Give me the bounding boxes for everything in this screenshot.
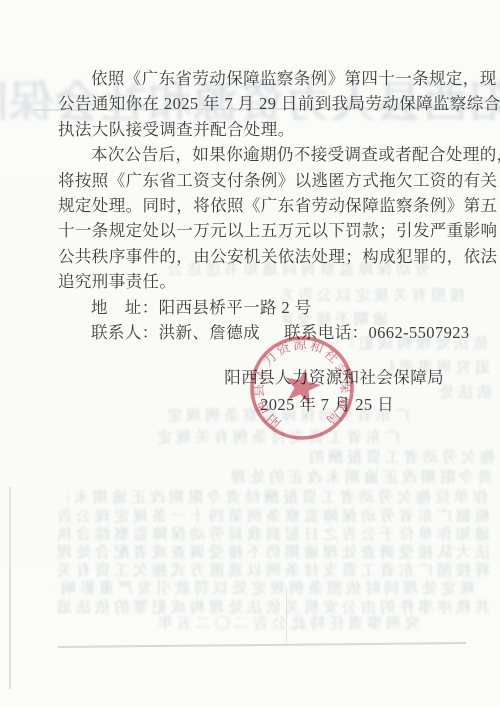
address-line: 地 址：阳西县桥平一路 2 号 <box>58 295 450 320</box>
scan-artifact-line <box>286 588 287 642</box>
body-line: 依照《广东省劳动保障监察条例》第四十一条规定，现 <box>58 66 450 91</box>
bleedthrough-row: 规定处理同时依照条例规定处以罚款引发严重影响公 <box>55 577 475 595</box>
body-line: 执法大队接受调查并配合处理。 <box>58 117 450 142</box>
bleedthrough-row: 拖欠劳动者工资报酬的 <box>250 446 495 464</box>
bleedthrough-row: 通知你单位于公告之日起到我局劳动保障监察综合执 <box>55 523 490 541</box>
body-line: 十一条规定处以一万元以上五万元以下罚款；引发严重影响 <box>58 218 450 243</box>
bleedthrough-row: 法大队接受调查处理逾期仍不接受调查或者配合处理 <box>55 541 490 559</box>
bleedthrough-row: 将按照广东省工资支付条例以逃匿方式拖欠工资有关 <box>58 559 490 577</box>
body-line: 规定处理。同时，将依照《广东省劳动保障监察条例》第五 <box>58 193 450 218</box>
bleedthrough-row: 根据广东省劳动保障监察条例第四十一条规定现公告 <box>55 505 490 523</box>
bleedthrough-rule-bottom <box>58 642 466 648</box>
bleedthrough-row: 究刑事责任特此公告二〇二五年 <box>60 612 420 630</box>
body-line: 公共秩序事件的，由公安机关依法处理；构成犯罪的，依法 <box>58 244 450 269</box>
body-line: 本次公告后，如果你逾期仍不接受调查或者配合处理的， <box>58 142 450 167</box>
bleedthrough-row: 你单位拖欠劳动者工资报酬经责令限期改正逾期未改 <box>68 486 488 504</box>
scan-edge-shadow <box>9 487 11 689</box>
official-seal: 阳西县人力资源和社会保障局 <box>242 328 362 448</box>
scanned-document-page: 阳西县人力资源和社会保障局 劳动保障监察询问通知书送达公告 按照有关规定以公告方… <box>0 0 500 707</box>
bleedthrough-row: 责令限期改正逾期未改正的处理 <box>148 466 493 484</box>
seal-star-icon <box>286 368 321 404</box>
body-line: 公告通知你在 2025 年 7 月 29 日前到我局劳动保障监察综合 <box>58 91 450 116</box>
body-line: 追究刑事责任。 <box>58 269 450 294</box>
body-line: 将按照《广东省工资支付条例》以逃匿方式拖欠工资的有关 <box>58 168 450 193</box>
contact-person: 联系人：洪新、詹德成 <box>91 323 260 342</box>
